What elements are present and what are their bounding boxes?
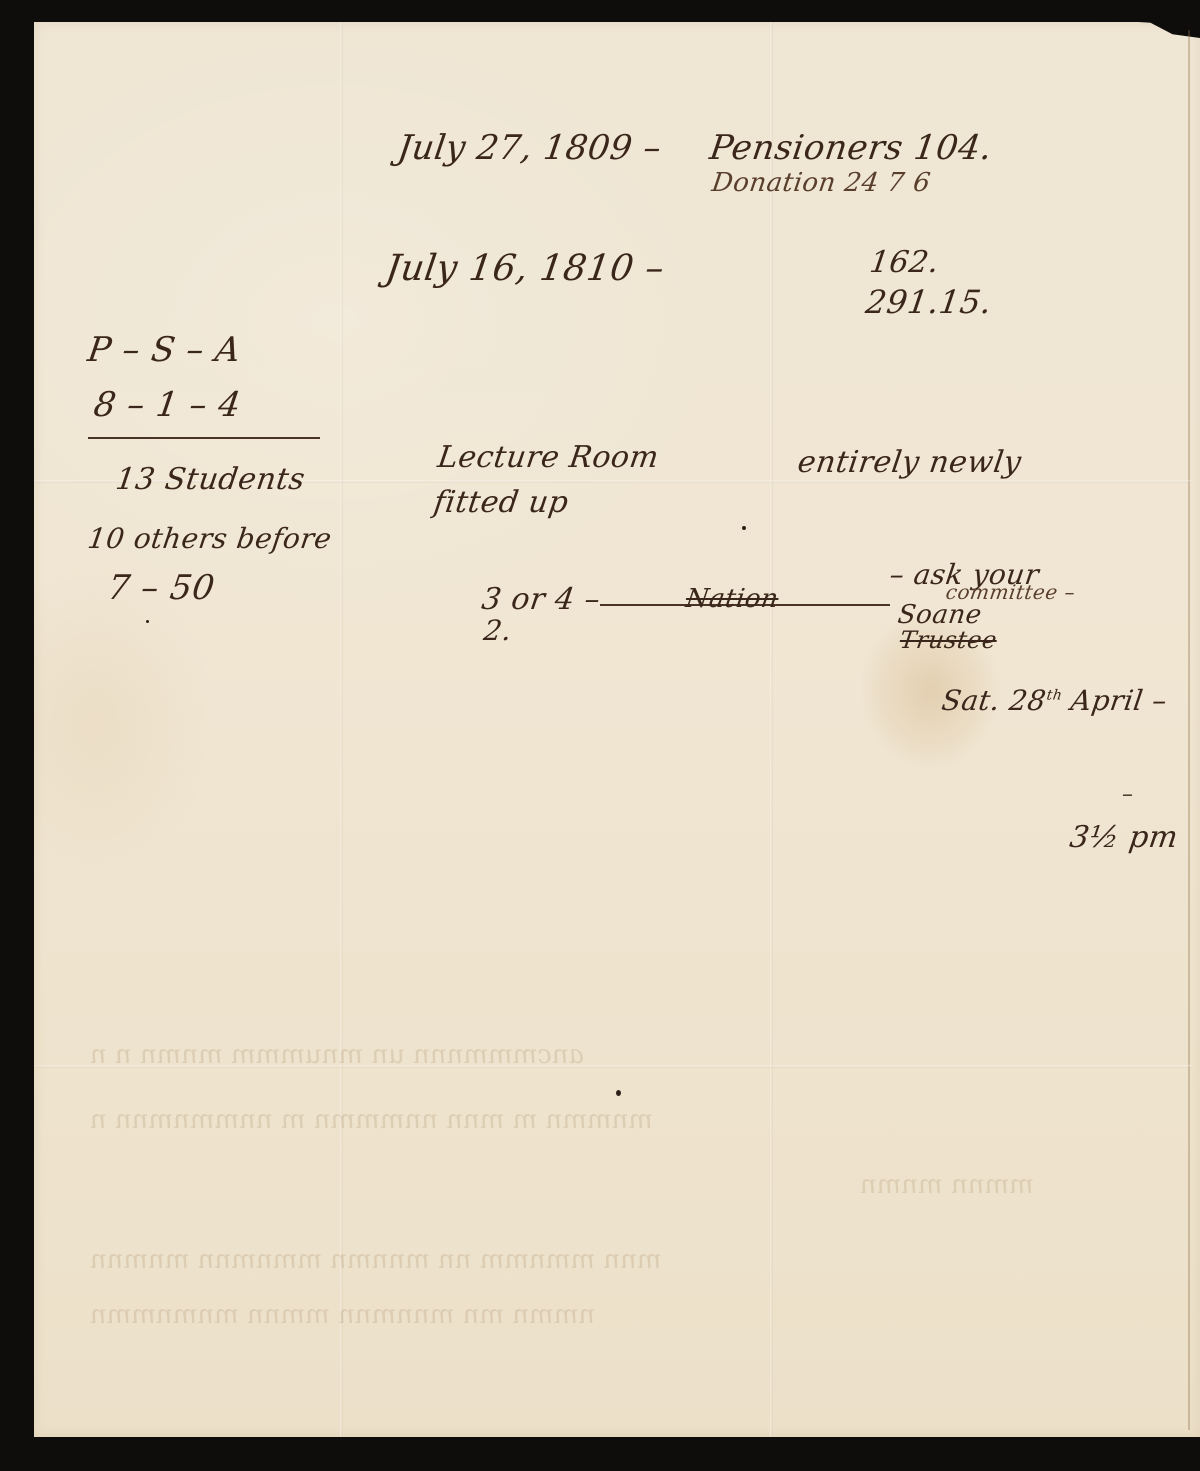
note-time: 3½ pm	[1068, 820, 1181, 855]
entry-value-291: 291.15.	[863, 283, 994, 321]
bleed-through-text: nmmn mn mnnmnn mmnn mnmnmmn	[88, 1300, 597, 1330]
note-struck-word: Nation	[684, 584, 781, 614]
fold-crease-vertical	[770, 22, 773, 1437]
entry-value-162: 162.	[868, 245, 942, 280]
ink-speck	[146, 620, 149, 623]
tally-students: 13 Students	[114, 462, 308, 497]
entry-pensioners: Pensioners 104.	[707, 128, 995, 168]
bleed-through-text: mmnn mnmn	[858, 1170, 1036, 1200]
note-date-day: Sat. 28	[940, 684, 1049, 717]
ink-speck	[742, 526, 746, 530]
entry-date-1810: July 16, 1810 –	[383, 248, 667, 289]
note-struck-trustee: Trustee	[898, 626, 999, 654]
note-date: Sat. 28th April –	[940, 684, 1170, 717]
tally-headings: P – S – A	[85, 330, 243, 370]
bleed-through-text: ancmmmnnn un mnummm mnmn n n	[88, 1040, 586, 1070]
note-date-suffix: th	[1046, 688, 1064, 704]
bleed-through-text: mnn mmnmm nn mnnmn mmnmnn mnmnn	[88, 1245, 664, 1275]
tally-others: 10 others before	[86, 522, 334, 555]
note-date-month: April –	[1069, 684, 1169, 717]
entry-donation: Donation 24 7 6	[710, 168, 933, 198]
tally-underline	[88, 437, 320, 439]
tally-values: 8 – 1 – 4	[91, 385, 243, 425]
entry-date-1809: July 27, 1809 –	[395, 128, 664, 168]
note-entirely-newly: entirely newly	[796, 445, 1024, 480]
bleed-through-text: mnmmn m mnn nnmmmn m nnmmnmnn n	[88, 1105, 655, 1135]
note-lecture-room: Lecture Room	[436, 440, 662, 475]
ink-speck	[616, 1090, 621, 1096]
manuscript-page	[34, 22, 1200, 1437]
note-fitted-up: fitted up	[432, 485, 571, 520]
fold-crease-vertical	[340, 22, 343, 1437]
page-fold-edge	[1188, 30, 1190, 1430]
note-option-2: 2.	[482, 614, 514, 647]
note-options: 3 or 4 –	[480, 582, 603, 617]
tally-total: 7 – 50	[105, 568, 217, 608]
